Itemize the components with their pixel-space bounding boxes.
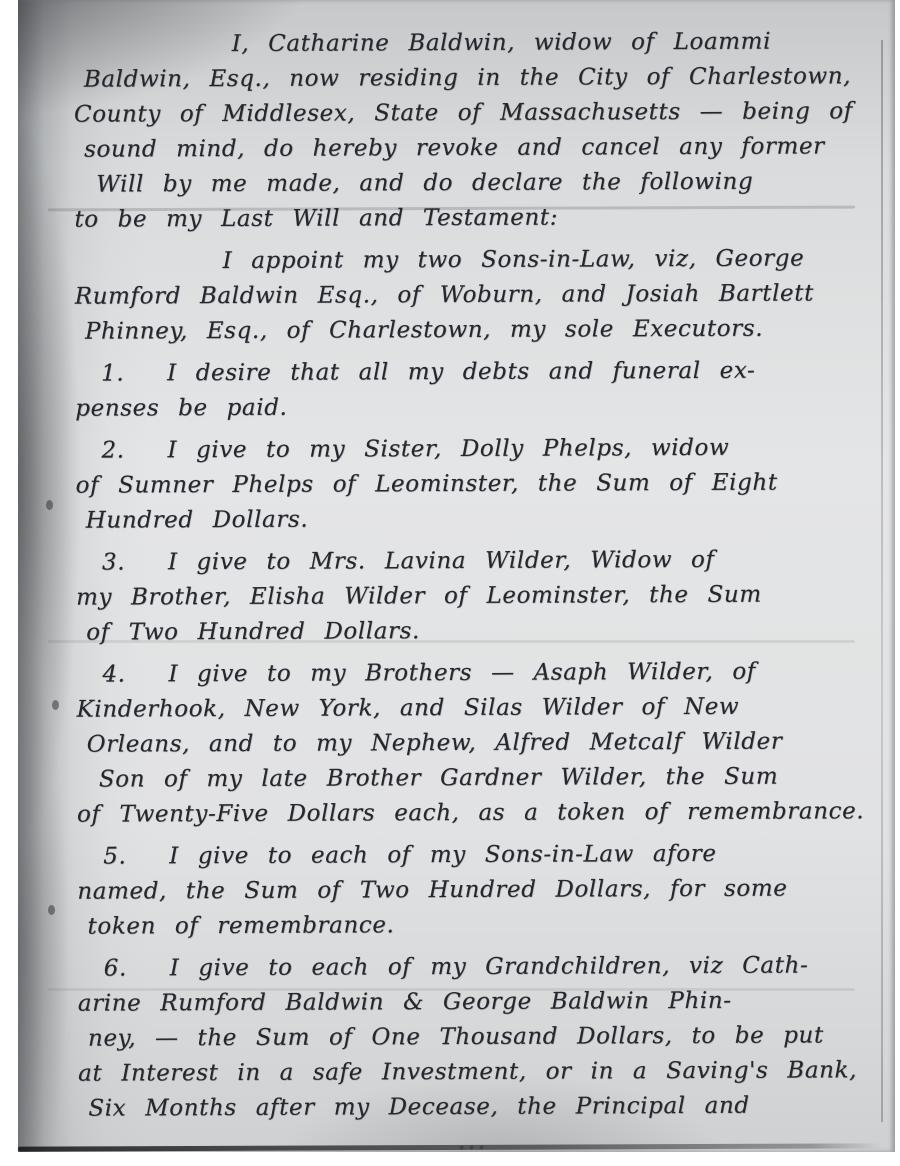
clause-line: I give to Mrs. Lavina Wilder, Widow of — [168, 543, 715, 580]
opening-line: sound mind, do hereby revoke and cancel … — [84, 129, 863, 167]
clause-line: Son of my late Brother Gardner Wilder, t… — [99, 759, 866, 797]
opening-line: County of Middlesex, State of Massachuse… — [74, 94, 863, 132]
clause-line: of Sumner Phelps of Leominster, the Sum … — [76, 465, 865, 503]
executors-line: Phinney, Esq., of Charlestown, my sole E… — [85, 311, 864, 349]
clause-6: 6. I give to each of my Grandchildren, v… — [78, 948, 868, 1126]
opening-line: I, Catharine Baldwin, widow of Loammi — [232, 24, 863, 62]
clause-3: 3. I give to Mrs. Lavina Wilder, Widow o… — [76, 542, 865, 650]
clause-line: Kinderhook, New York, and Silas Wilder o… — [76, 689, 865, 727]
clause-line: arine Rumford Baldwin & George Baldwin P… — [78, 983, 867, 1021]
clause-line: penses be paid. — [75, 388, 864, 426]
executors-line: I appoint my two Sons-in-Law, viz, Georg… — [223, 241, 864, 279]
clause-number: 2. — [75, 433, 167, 468]
clause-line: Orleans, and to my Nephew, Alfred Metcal… — [87, 724, 866, 762]
clause-line: at Interest in a safe Investment, or in … — [78, 1053, 867, 1091]
executors-line: Rumford Baldwin Esq., of Woburn, and Jos… — [75, 276, 864, 314]
clause-number: 3. — [76, 545, 168, 580]
clause-1: 1. I desire that all my debts and funera… — [75, 353, 864, 426]
clause-4: 4. I give to my Brothers — Asaph Wilder,… — [76, 654, 866, 832]
clause-2: 2. I give to my Sister, Dolly Phelps, wi… — [75, 430, 864, 538]
opening-paragraph: I, Catharine Baldwin, widow of Loammi Ba… — [74, 24, 864, 237]
clause-line: Hundred Dollars. — [86, 500, 865, 538]
opening-line: Will by me made, and do declare the foll… — [96, 164, 863, 202]
executors-paragraph: I appoint my two Sons-in-Law, viz, Georg… — [75, 241, 864, 349]
clause-line: named, the Sum of Two Hundred Dollars, f… — [77, 871, 866, 909]
clause-number: 4. — [76, 657, 168, 692]
manuscript-text: I, Catharine Baldwin, widow of Loammi Ba… — [15, 0, 897, 1159]
clause-line: ney, — the Sum of One Thousand Dollars, … — [88, 1018, 867, 1056]
opening-line: to be my Last Will and Testament: — [74, 199, 863, 237]
scanned-document-page: I, Catharine Baldwin, widow of Loammi Ba… — [18, 0, 895, 1152]
clause-5: 5. I give to each of my Sons-in-Law afor… — [77, 836, 866, 944]
opening-line: Baldwin, Esq., now residing in the City … — [84, 59, 863, 97]
clause-line: of Twenty-Five Dollars each, as a token … — [77, 794, 866, 832]
clause-line: I give to my Sister, Dolly Phelps, widow — [167, 431, 729, 468]
clause-line: I give to each of my Sons-in-Law afore — [169, 837, 716, 874]
clause-number: 5. — [77, 839, 169, 874]
clause-line: token of remembrance. — [87, 906, 866, 944]
clause-line: of Two Hundred Dollars. — [86, 612, 865, 650]
clause-line: I give to each of my Grandchildren, viz … — [170, 948, 809, 986]
clause-line: I give to my Brothers — Asaph Wilder, of — [168, 655, 756, 693]
clause-line: my Brother, Elisha Wilder of Leominster,… — [76, 577, 865, 615]
clause-number: 1. — [75, 356, 167, 391]
clause-line: I desire that all my debts and funeral e… — [167, 354, 755, 392]
continuation-dots: ... — [78, 1125, 867, 1158]
clause-line: Six Months after my Decease, the Princip… — [88, 1088, 867, 1126]
clause-number: 6. — [78, 951, 170, 986]
